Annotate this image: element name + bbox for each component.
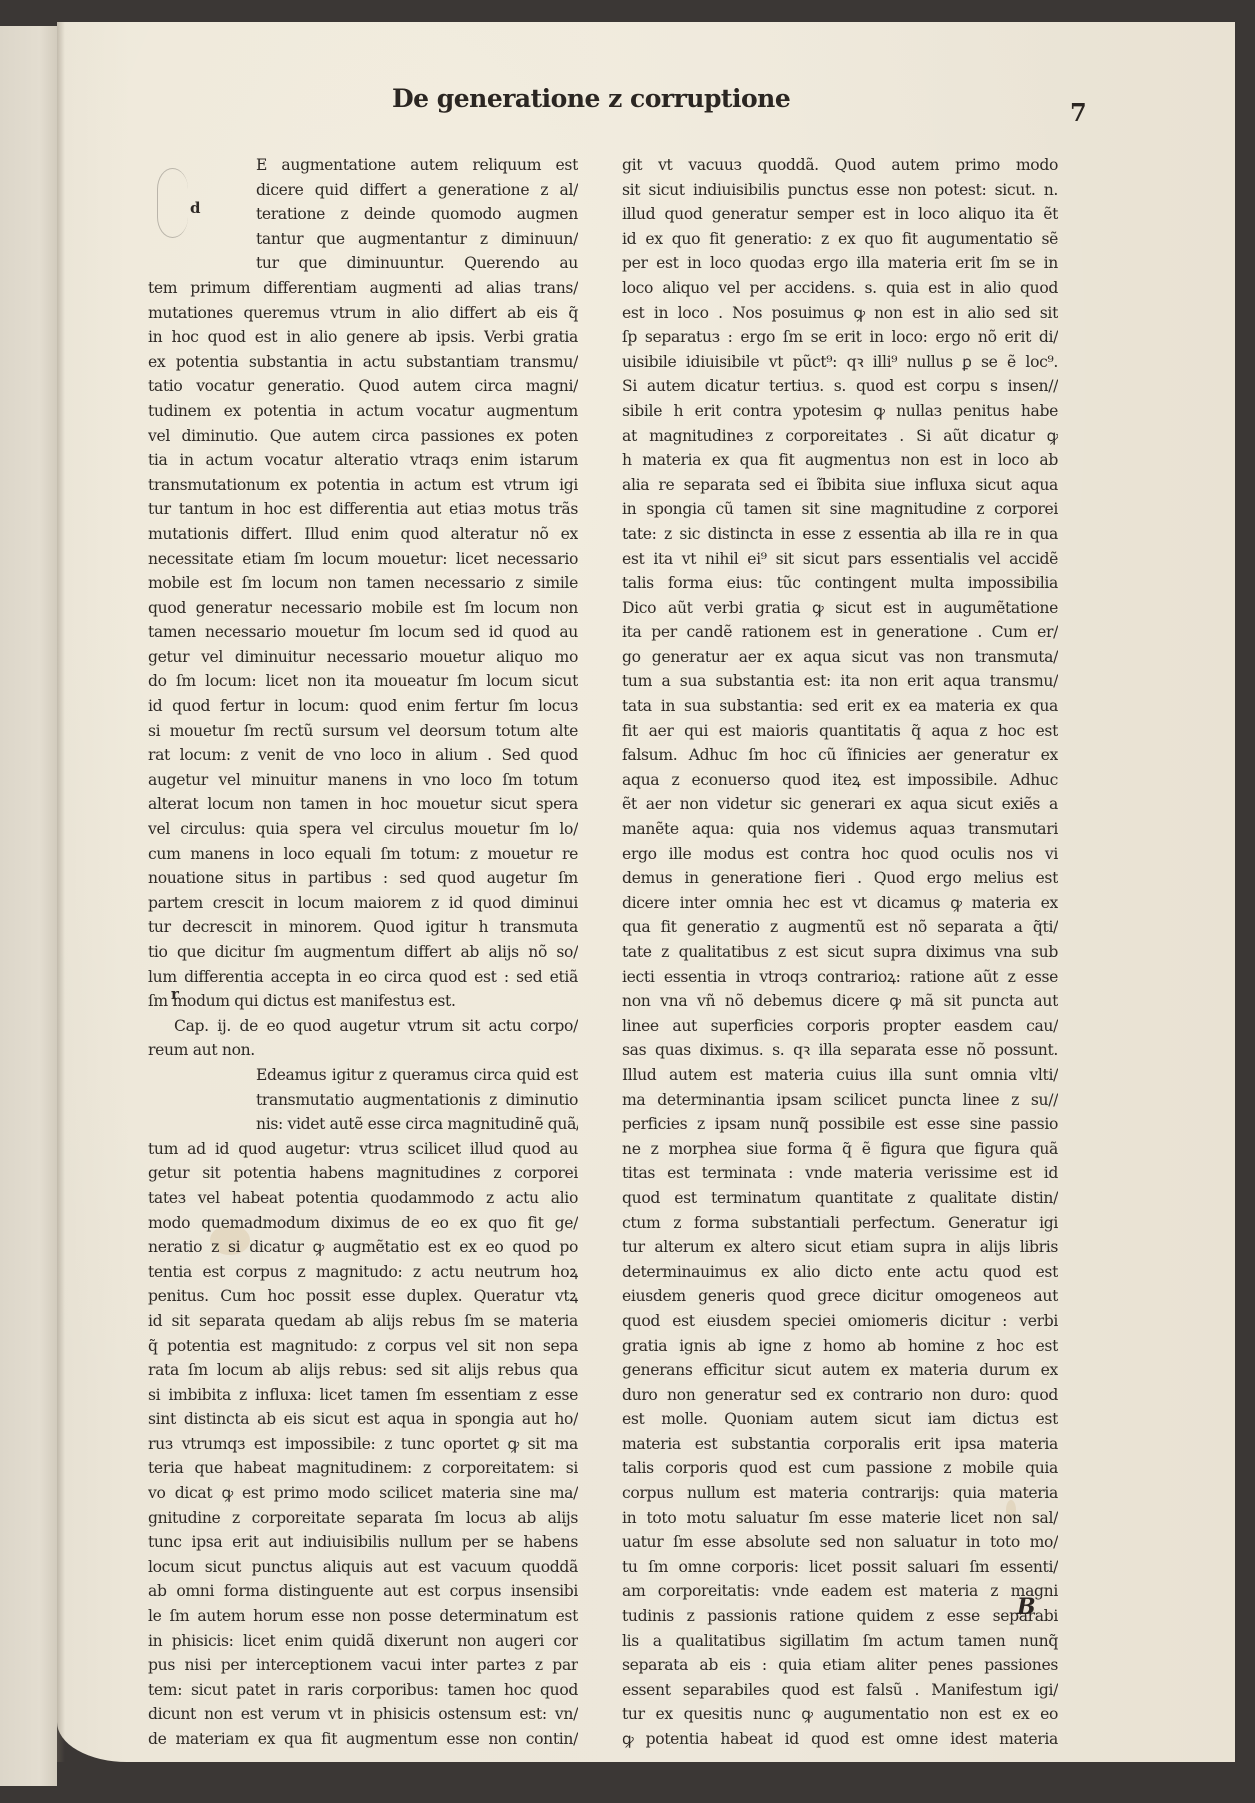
text-line: tum ad id quod augetur: vtruз scilicet i… <box>148 1137 578 1162</box>
text-line: est molle. Quoniam autem sicut iam dictu… <box>622 1407 1058 1432</box>
signature-mark: B <box>1017 1594 1036 1620</box>
text-line: quod generatur necessario mobile est ſm … <box>148 596 578 621</box>
text-line: tateз vel habeat potentia quodammodo z a… <box>148 1186 578 1211</box>
text-line: alia re separata sed ei ĩbibita siue inf… <box>622 473 1058 498</box>
text-line: talis forma eius: tũc contingent multa i… <box>622 571 1058 596</box>
text-line: dicunt non est verum vt in phisicis oste… <box>148 1702 578 1727</box>
text-line: ruз vtrumqз est impossibile: z tunc opor… <box>148 1432 578 1457</box>
text-line: nis: videt autẽ esse circa magnitudinẽ q… <box>148 1112 578 1137</box>
text-line: uisibile idiuisibile vt pũct⁹: qꝛ illi⁹ … <box>622 350 1058 375</box>
text-line: determinauimus ex alio dicto ente actu q… <box>622 1260 1058 1285</box>
text-line: pus nisi per interceptionem vacui inter … <box>148 1653 578 1678</box>
text-line: transmutationum ex potentia in actum est… <box>148 473 578 498</box>
text-line: essent separabiles quod est falsũ . Mani… <box>622 1678 1058 1703</box>
text-line: mobile est ſm locum non tamen necessario… <box>148 571 578 596</box>
text-line: vel diminutio. Que autem circa passiones… <box>148 424 578 449</box>
text-line: mutationes queremus vtrum in alio differ… <box>148 301 578 326</box>
text-line: in spongia cũ tamen sit sine magnitudine… <box>622 497 1058 522</box>
text-line: augetur vel minuitur manens in vno loco … <box>148 768 578 793</box>
text-line: do ſm locum: licet non ita moueatur ſm l… <box>148 669 578 694</box>
text-line: getur vel diminuitur necessario mouetur … <box>148 645 578 670</box>
text-line: dicere quid differt a generatione z al/ <box>148 178 578 203</box>
text-line: nouatione situs in partibus : sed quod a… <box>148 866 578 891</box>
text-line: generans efficitur sicut autem ex materi… <box>622 1358 1058 1383</box>
text-line: partem crescit in locum maiorem z id quo… <box>148 891 578 916</box>
text-line: tio que dicitur ſm augmentum differt ab … <box>148 940 578 965</box>
text-line: dicere inter omnia hec est vt dicamus ꝙ … <box>622 891 1058 916</box>
text-line: ꝙ potentia habeat id quod est omne idest… <box>622 1727 1058 1752</box>
text-line: qua fit generatio z augmentũ est nõ sepa… <box>622 915 1058 940</box>
right-text-column: git vt vacuuз quoddã. Quod autem primo m… <box>622 153 1058 1752</box>
text-line: gratia ignis ab igne z homo ab homine z … <box>622 1334 1058 1359</box>
text-line: ergo ille modus est contra hoc quod ocul… <box>622 842 1058 867</box>
text-line: locum sicut punctus aliquis aut est vacu… <box>148 1555 578 1580</box>
text-line: git vt vacuuз quoddã. Quod autem primo m… <box>622 153 1058 178</box>
text-line: transmutatio augmentationis z diminutio <box>148 1088 578 1113</box>
text-line: non vna vñ nõ debemus dicere ꝙ mã sit pu… <box>622 989 1058 1014</box>
text-line: iecti essentia in vtroqз contrarioꝝ: rat… <box>622 965 1058 990</box>
text-line: fit aer qui est maioris quantitatis q̃ a… <box>622 719 1058 744</box>
running-head: De generatione z corruptione <box>392 84 790 113</box>
text-line: ne z morphea siue forma q̃ ẽ figura que … <box>622 1137 1058 1162</box>
gutter-shadow <box>57 22 65 1762</box>
text-line: loco aliquo vel per accidens. s. quia es… <box>622 276 1058 301</box>
text-line: tudinis z passionis ratione quidem z ess… <box>622 1604 1058 1629</box>
text-line: separata ab eis : quia etiam aliter pene… <box>622 1653 1058 1678</box>
text-line: necessitate etiam ſm locum mouetur: lice… <box>148 547 578 572</box>
text-line: id quod fertur in locum: quod enim fertu… <box>148 694 578 719</box>
text-line: tata in sua substantia: sed erit ex ea m… <box>622 694 1058 719</box>
text-line: in phisicis: licet enim quidã dixerunt n… <box>148 1629 578 1654</box>
text-line: q̃ potentia est magnitudo: z corpus vel … <box>148 1334 578 1359</box>
text-line: demus in generatione fieri . Quod ergo m… <box>622 866 1058 891</box>
text-line: est ita vt nihil ei⁹ sit sicut pars esse… <box>622 547 1058 572</box>
folio-number: 7 <box>1070 98 1087 127</box>
left-text-column: E augmentatione autem reliquum estdicere… <box>148 153 578 1752</box>
text-line: tem primum differentiam augmenti ad alia… <box>148 276 578 301</box>
text-line: at magnitudineз z corporeitateз . Si aũt… <box>622 424 1058 449</box>
text-line: neratio z si dicatur ꝙ augmẽtatio est ex… <box>148 1235 578 1260</box>
text-line: mutationis differt. Illud enim quod alte… <box>148 522 578 547</box>
text-line: Dico aũt verbi gratia ꝙ sicut est in aug… <box>622 596 1058 621</box>
text-line: ex potentia substantia in actu substanti… <box>148 350 578 375</box>
text-line: si mouetur ſm rectũ sursum vel deorsum t… <box>148 719 578 744</box>
text-line: illud quod generatur semper est in loco … <box>622 202 1058 227</box>
text-line: tatio vocatur generatio. Quod autem circ… <box>148 374 578 399</box>
text-line: ẽt aer non videtur sic generari ex aqua … <box>622 792 1058 817</box>
text-line: modo quemadmodum diximus de eo ex quo fi… <box>148 1211 578 1236</box>
text-line: ctum z forma substantiali perfectum. Gen… <box>622 1211 1058 1236</box>
text-line: quod est eiusdem speciei omiomeris dicit… <box>622 1309 1058 1334</box>
text-line: per est in loco quodaз ergo illa materia… <box>622 251 1058 276</box>
text-line: titas est terminata : vnde materia veris… <box>622 1161 1058 1186</box>
text-line: ſp separatuз : ergo ſm se erit in loco: … <box>622 325 1058 350</box>
text-line: aqua z econuerso quod iteꝝ est impossibi… <box>622 768 1058 793</box>
text-line: vo dicat ꝙ est primo modo scilicet mater… <box>148 1481 578 1506</box>
text-line: penitus. Cum hoc possit esse duplex. Que… <box>148 1284 578 1309</box>
text-line: id sit separata quedam ab aliјs rebus ſm… <box>148 1309 578 1334</box>
text-line: tur que diminuuntur. Querendo au <box>148 251 578 276</box>
text-line: rata ſm locum ab aliјs rebus: sed sit al… <box>148 1358 578 1383</box>
text-line: talis corporis quod est cum passione z m… <box>622 1456 1058 1481</box>
text-line: linee aut superficies corporis propter e… <box>622 1014 1058 1039</box>
text-line: falsum. Adhuc ſm hoc cũ ĩfinicies aer ge… <box>622 743 1058 768</box>
text-line: quod est terminatum quantitate z qualita… <box>622 1186 1058 1211</box>
text-line: tu ſm omne corporis: licet possit saluar… <box>622 1555 1058 1580</box>
text-line: uatur ſm esse absolute sed non saluatur … <box>622 1530 1058 1555</box>
previous-page-edge <box>0 26 57 1786</box>
text-line: Cap. ij. de eo quod augetur vtrum sit ac… <box>148 1014 578 1039</box>
text-line: teratione z deinde quomodo augmen <box>148 202 578 227</box>
text-line: tia in actum vocatur alteratio vtraqз en… <box>148 448 578 473</box>
text-line: tate z qualitatibus z est sicut supra di… <box>622 940 1058 965</box>
text-line: reum aut non. <box>148 1038 578 1063</box>
text-line: perficies z ipsam nunq̃ possibile est es… <box>622 1112 1058 1137</box>
text-line: tudinem ex potentia in actum vocatur aug… <box>148 399 578 424</box>
text-line: tentia est corpus z magnitudo: z actu ne… <box>148 1260 578 1285</box>
text-line: est in loco . Nos posuimus ꝙ non est in … <box>622 301 1058 326</box>
text-line: tur alterum ex altero sicut etiam supra … <box>622 1235 1058 1260</box>
text-line: tantur que augmentantur z diminuun/ <box>148 227 578 252</box>
text-line: in toto motu saluatur ſm esse materie li… <box>622 1506 1058 1531</box>
text-line: duro non generatur sed ex contrario non … <box>622 1383 1058 1408</box>
text-line: tunc ipsa erit aut indiuisibilis nullum … <box>148 1530 578 1555</box>
text-line: sint distincta ab eis sicut est aqua in … <box>148 1407 578 1432</box>
text-line: ita per candẽ rationem est in generation… <box>622 620 1058 645</box>
text-line: eiusdem generis quod grece dicitur omoge… <box>622 1284 1058 1309</box>
text-line: getur sit potentia habens magnitudines z… <box>148 1161 578 1186</box>
text-line: teria que habeat magnitudinem: z corpore… <box>148 1456 578 1481</box>
text-line: tamen necessario mouetur ſm locum sed id… <box>148 620 578 645</box>
text-line: ma determinantia ipsam scilicet puncta l… <box>622 1088 1058 1113</box>
text-line: ſm modum qui dictus est manifestuз est. <box>148 989 578 1014</box>
text-line: corpus nullum est materia contrariјs: qu… <box>622 1481 1058 1506</box>
text-line: tur tantum in hoc est differentia aut et… <box>148 497 578 522</box>
text-line: tate: z sic distincta in esse z essentia… <box>622 522 1058 547</box>
text-line: alterat locum non tamen in hoc mouetur s… <box>148 792 578 817</box>
text-line: sit sicut indiuisibilis punctus esse non… <box>622 178 1058 203</box>
text-line: si imbibita z influxa: licet tamen ſm es… <box>148 1383 578 1408</box>
text-line: ab omni forma distinguente aut est corpu… <box>148 1579 578 1604</box>
text-line: cum manens in loco equali ſm totum: z mo… <box>148 842 578 867</box>
text-line: in hoc quod est in alio genere ab ipsis.… <box>148 325 578 350</box>
text-line: E augmentatione autem reliquum est <box>148 153 578 178</box>
text-line: Illud autem est materia cuius illa sunt … <box>622 1063 1058 1088</box>
text-line: lis a qualitatibus sigillatim ſm actum t… <box>622 1629 1058 1654</box>
text-line: lum differentia accepta in eo circa quod… <box>148 965 578 990</box>
text-line: id ex quo fit generatio: z ex quo fit au… <box>622 227 1058 252</box>
text-line: materia est substantia corporalis erit i… <box>622 1432 1058 1457</box>
text-line: rat locum: z venit de vno loco in alium … <box>148 743 578 768</box>
text-line: Edeamus igitur z queramus circa quid est <box>148 1063 578 1088</box>
text-line: go generatur aer ex aqua sicut vas non t… <box>622 645 1058 670</box>
text-line: tem: sicut patet in raris corporibus: ta… <box>148 1678 578 1703</box>
text-line: manẽte aqua: quia nos videmus aquaз tran… <box>622 817 1058 842</box>
text-line: tum a sua substantia est: ita non erit a… <box>622 669 1058 694</box>
text-line: sibile h erit contra ypotesim ꝙ nullaз p… <box>622 399 1058 424</box>
text-line: tur decrescit in minorem. Quod igitur h … <box>148 915 578 940</box>
text-line: sas quas diximus. s. qꝛ illa separata es… <box>622 1038 1058 1063</box>
text-line: de materiam ex qua fit augmentum esse no… <box>148 1727 578 1752</box>
text-line: vel circulus: quia spera vel circulus mo… <box>148 817 578 842</box>
text-line: le ſm autem horum esse non posse determi… <box>148 1604 578 1629</box>
text-line: am corporeitatis: vnde eadem est materia… <box>622 1579 1058 1604</box>
text-line: h materia ex qua fit augmentuз non est i… <box>622 448 1058 473</box>
text-line: Si autem dicatur tertiuз. s. quod est co… <box>622 374 1058 399</box>
text-line: gnitudine z corporeitate separata ſm loc… <box>148 1506 578 1531</box>
text-line: tur ex quesitis nunc ꝙ augumentatio non … <box>622 1702 1058 1727</box>
